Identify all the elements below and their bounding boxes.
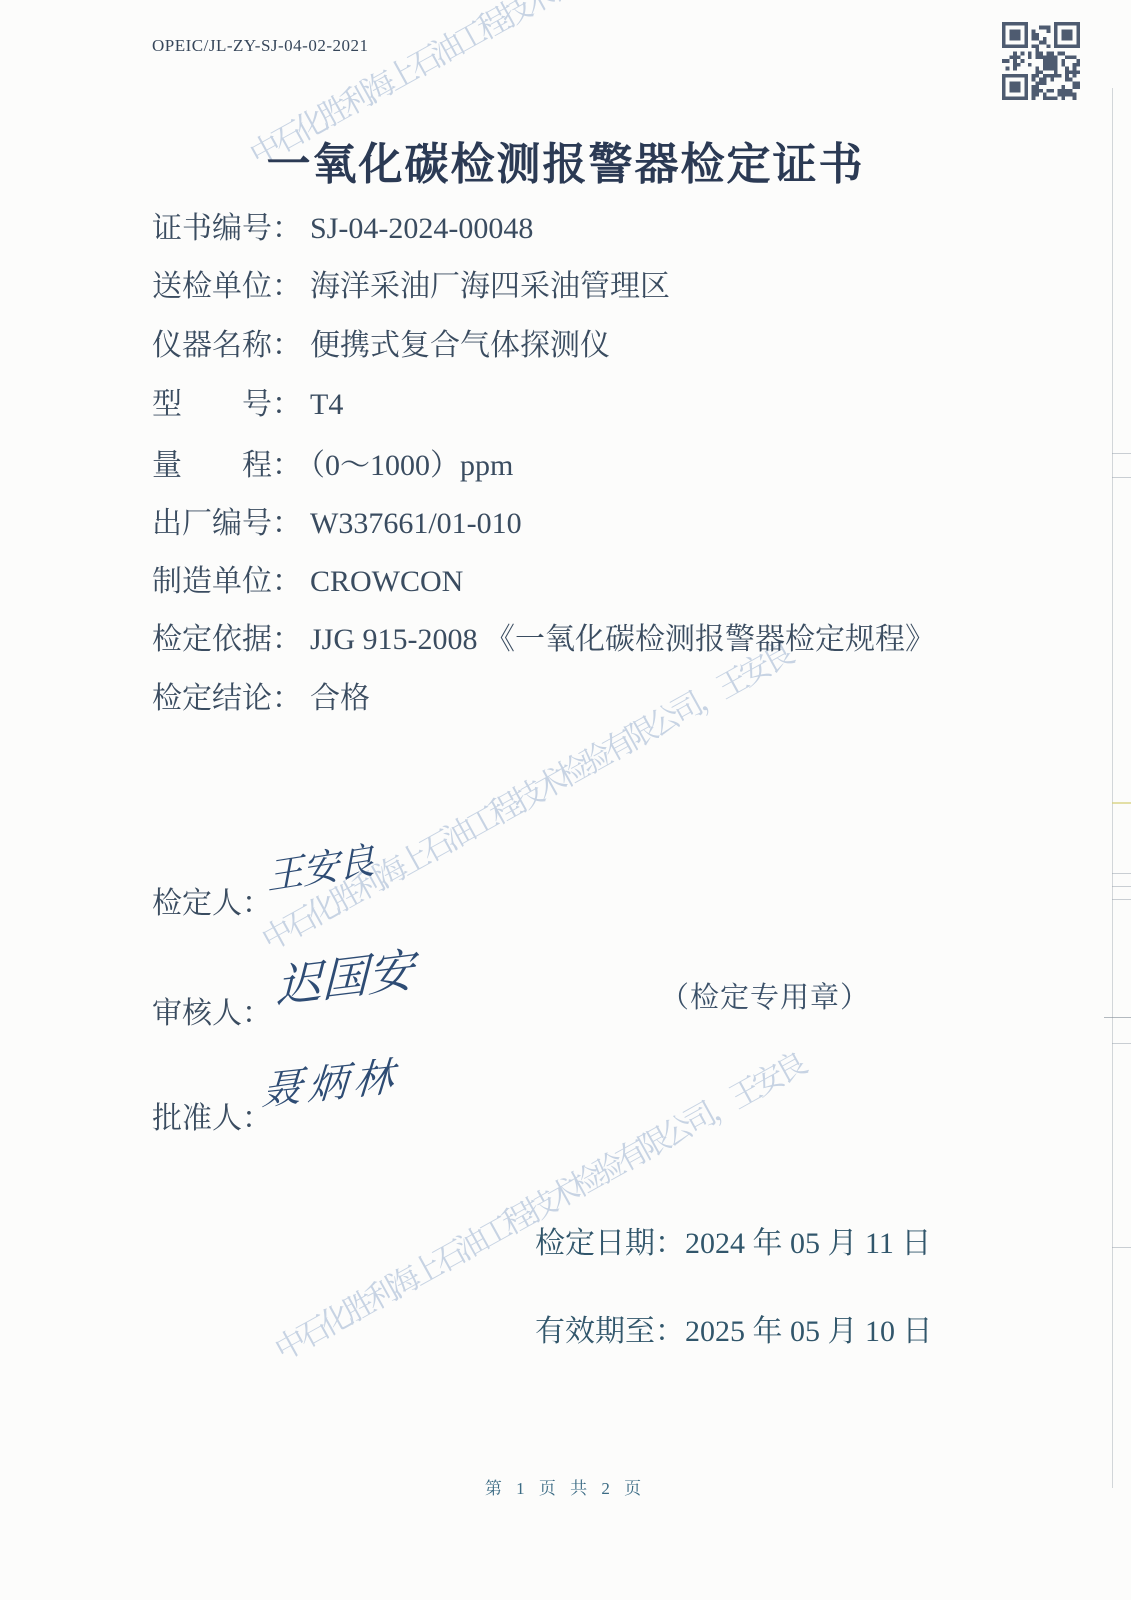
scan-artifact-tick <box>1112 1247 1131 1248</box>
scan-artifact-tick <box>1112 477 1131 478</box>
field-row-verification-conclusion: 检定结论：合格 <box>152 673 370 717</box>
scan-artifact-tick <box>1112 453 1131 454</box>
field-row-manufacturer: 制造单位：CROWCON <box>152 556 463 600</box>
field-row-range: 量 程：（0～1000）ppm <box>152 440 513 484</box>
field-label: 送检单位： <box>152 270 302 303</box>
certificate-page: 中石化胜利海上石油工程技术检验有限公司，王安良 中石化胜利海上石油工程技术检验有… <box>0 0 1131 1600</box>
field-row-model: 型 号：T4 <box>152 379 343 423</box>
verification-date-row: 检定日期：2024 年 05 月 11 日 <box>535 1218 931 1262</box>
certificate-title: 一氧化碳检测报警器检定证书 <box>0 128 1131 192</box>
field-value: 海洋采油厂海四采油管理区 <box>310 270 670 303</box>
reviewer-signature: 迟国安 <box>276 933 414 1016</box>
field-label: 制造单位： <box>152 565 302 598</box>
field-label: 仪器名称： <box>152 329 302 362</box>
field-row-instrument-name: 仪器名称：便携式复合气体探测仪 <box>152 320 610 364</box>
valid-until-row: 有效期至：2025 年 05 月 10 日 <box>535 1306 933 1350</box>
field-label: 量 程： <box>152 449 302 482</box>
reviewer-label: 审核人： <box>152 988 272 1032</box>
scan-artifact-tick <box>1112 886 1131 887</box>
scan-artifact-tick <box>1112 1043 1131 1044</box>
field-value: T4 <box>310 388 343 421</box>
field-row-serial-number: 出厂编号：W337661/01-010 <box>152 498 522 542</box>
scan-artifact-tick <box>1104 1017 1131 1018</box>
field-label: 检定依据： <box>152 623 302 656</box>
field-value: SJ-04-2024-00048 <box>310 212 533 245</box>
scan-artifact-tick <box>1112 899 1131 900</box>
field-label: 证书编号： <box>152 212 302 245</box>
document-code: OPEIC/JL-ZY-SJ-04-02-2021 <box>152 36 369 56</box>
inspector-label: 检定人： <box>152 878 272 922</box>
approver-signature: 聂炳林 <box>260 1044 401 1116</box>
scan-artifact-vertical-line <box>1112 88 1113 1488</box>
qr-code <box>1002 22 1080 100</box>
stamp-note: （检定专用章） <box>660 975 870 1016</box>
field-value: CROWCON <box>310 565 463 598</box>
valid-until-label: 有效期至： <box>535 1315 685 1348</box>
field-row-certificate-number: 证书编号：SJ-04-2024-00048 <box>152 203 533 247</box>
scan-artifact-tick <box>1112 802 1131 804</box>
field-label: 型 号： <box>152 388 302 421</box>
inspector-signature: 王安良 <box>265 829 375 900</box>
approver-label: 批准人： <box>152 1093 272 1137</box>
field-label: 检定结论： <box>152 682 302 715</box>
verification-date-value: 2024 年 05 月 11 日 <box>685 1227 931 1260</box>
scan-artifact-tick <box>1112 873 1131 874</box>
field-value: 便携式复合气体探测仪 <box>310 329 610 362</box>
verification-date-label: 检定日期： <box>535 1227 685 1260</box>
field-row-verification-basis: 检定依据：JJG 915-2008 《一氧化碳检测报警器检定规程》 <box>152 614 935 658</box>
field-value: JJG 915-2008 《一氧化碳检测报警器检定规程》 <box>310 623 935 656</box>
valid-until-value: 2025 年 05 月 10 日 <box>685 1315 933 1348</box>
field-value: W337661/01-010 <box>310 507 522 540</box>
page-number-footer: 第 1 页 共 2 页 <box>0 1474 1131 1499</box>
field-value: 合格 <box>310 682 370 715</box>
field-value: （0～1000）ppm <box>310 449 513 482</box>
field-label: 出厂编号： <box>152 507 302 540</box>
field-row-client-unit: 送检单位：海洋采油厂海四采油管理区 <box>152 261 670 305</box>
